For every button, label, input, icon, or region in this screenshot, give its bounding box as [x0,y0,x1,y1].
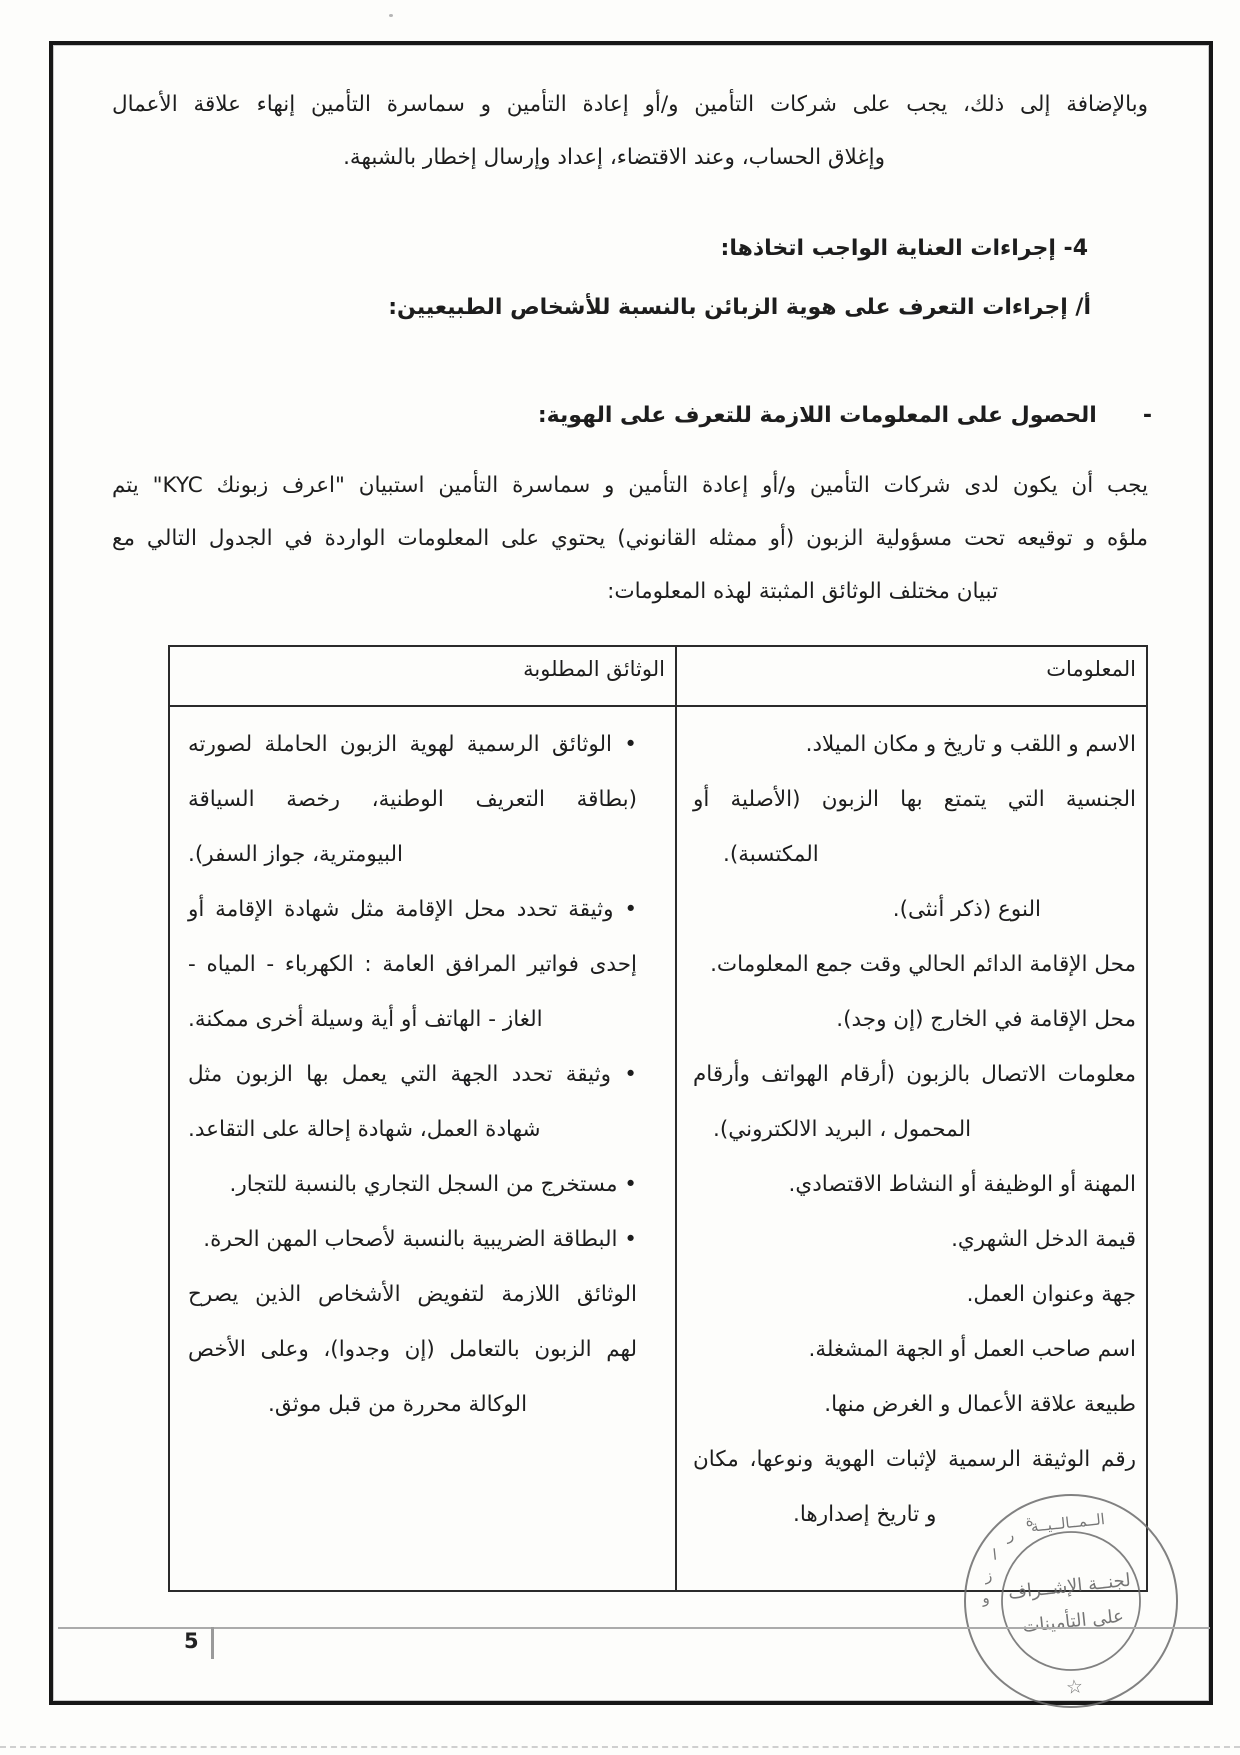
intro-paragraph-line-1: وبالإضافة إلى ذلك، يجب على شركات التأمين… [112,78,1148,131]
document-line: لهم الزبون بالتعامل (إن وجدوا)، وعلى الأ… [188,1322,637,1377]
kyc-information-table: الوثائق المطلوبة • الوثائق الرسمية لهوية… [168,645,1148,1592]
subsection-heading: أ/ إجراءات التعرف على هوية الزبائن بالنس… [112,295,1148,320]
documents-column: الوثائق المطلوبة • الوثائق الرسمية لهوية… [170,647,677,1590]
kyc-paragraph-line-2: ملؤه و توقيعه تحت مسؤولية الزبون (أو ممث… [112,512,1148,565]
stamp-graphic: و ز ا ر ة الــمــالــيــة لجنــة الإشــر… [940,1470,1202,1732]
information-line: الاسم و اللقب و تاريخ و مكان الميلاد. [693,717,1136,772]
stamp-arc-letter: ز [983,1566,993,1585]
information-line: المهنة أو الوظيفة أو النشاط الاقتصادي. [693,1157,1136,1212]
stamp-star-icon: ☆ [1065,1675,1084,1699]
page-number: 5 [184,1629,199,1653]
bullet-heading: - الحصول على المعلومات اللازمة للتعرف عل… [112,403,1152,428]
document-line: • الوثائق الرسمية لهوية الزبون الحاملة ل… [188,717,637,772]
intro-paragraph-line-2: وإغلاق الحساب، وعند الاقتضاء، إعداد وإرس… [112,131,1148,184]
document-line: شهادة العمل، شهادة إحالة على التقاعد. [188,1102,637,1157]
information-line: محل الإقامة الدائم الحالي وقت جمع المعلو… [693,937,1136,992]
information-line: قيمة الدخل الشهري. [693,1212,1136,1267]
scan-edge-line [0,1746,1240,1748]
kyc-paragraph-line-1: يجب أن يكون لدى شركات التأمين و/أو إعادة… [112,459,1148,512]
information-line: طبيعة علاقة الأعمال و الغرض منها. [693,1377,1136,1432]
stamp-center-line-2: على التأمينات [1021,1603,1125,1638]
stamp-ministry-word: الــمــالــيــة [1030,1510,1106,1536]
document-line: • وثيقة تحدد الجهة التي يعمل بها الزبون … [188,1047,637,1102]
document-line: الوثائق اللازمة لتفويض الأشخاص الذين يصر… [188,1267,637,1322]
document-line: البيومترية، جواز السفر). [188,827,637,882]
scanned-document-page: { "document": { "intro": { "line1": "وبا… [0,0,1240,1755]
information-line: النوع (ذكر أنثى). [693,882,1136,937]
section-heading: 4- إجراءات العناية الواجب اتخاذها: [112,236,1148,261]
information-line: المحمول ، البريد الالكتروني). [693,1102,1136,1157]
document-line: • مستخرج من السجل التجاري بالنسبة للتجار… [188,1157,637,1212]
stamp-arc-letter: و [980,1589,990,1608]
document-line: (بطاقة التعريف الوطنية، رخصة السياقة [188,772,637,827]
information-line: معلومات الاتصال بالزبون (أرقام الهواتف و… [693,1047,1136,1102]
document-line: • البطاقة الضريبية بالنسبة لأصحاب المهن … [188,1212,637,1267]
stamp-arc-letter: ا [992,1546,998,1564]
stamp-arc-letter: ر [1005,1526,1015,1545]
scan-speck [389,14,393,17]
information-column: المعلومات الاسم و اللقب و تاريخ و مكان ا… [677,647,1146,1590]
document-line: الغاز - الهاتف أو أية وسيلة أخرى ممكنة. [188,992,637,1047]
document-line: الوكالة محررة من قبل موثق. [188,1377,637,1432]
information-column-header: المعلومات [677,647,1146,707]
documents-column-body: • الوثائق الرسمية لهوية الزبون الحاملة ل… [170,707,675,1432]
information-line: الجنسية التي يتمتع بها الزبون (الأصلية أ… [693,772,1136,827]
footer-divider-line [58,1627,1210,1629]
bullet-dash: - [1143,403,1152,428]
document-line: إحدى فواتير المرافق العامة : الكهرباء - … [188,937,637,992]
kyc-paragraph-line-3: تبيان مختلف الوثائق المثبتة لهذه المعلوم… [112,565,1148,618]
information-line: جهة وعنوان العمل. [693,1267,1136,1322]
information-line: اسم صاحب العمل أو الجهة المشغلة. [693,1322,1136,1377]
footer-tick-mark [211,1627,214,1659]
information-column-body: الاسم و اللقب و تاريخ و مكان الميلاد. ال… [677,707,1146,1542]
information-line: محل الإقامة في الخارج (إن وجد). [693,992,1136,1047]
document-line: • وثيقة تحدد محل الإقامة مثل شهادة الإقا… [188,882,637,937]
official-round-stamp: و ز ا ر ة الــمــالــيــة لجنــة الإشــر… [940,1470,1202,1732]
stamp-center-line-1: لجنــة الإشــراف [1007,1570,1131,1604]
information-line: رقم الوثيقة الرسمية لإثبات الهوية ونوعها… [693,1432,1136,1487]
information-line: المكتسبة). [693,827,1136,882]
documents-column-header: الوثائق المطلوبة [170,647,675,707]
bullet-heading-label: الحصول على المعلومات اللازمة للتعرف على … [538,403,1097,428]
